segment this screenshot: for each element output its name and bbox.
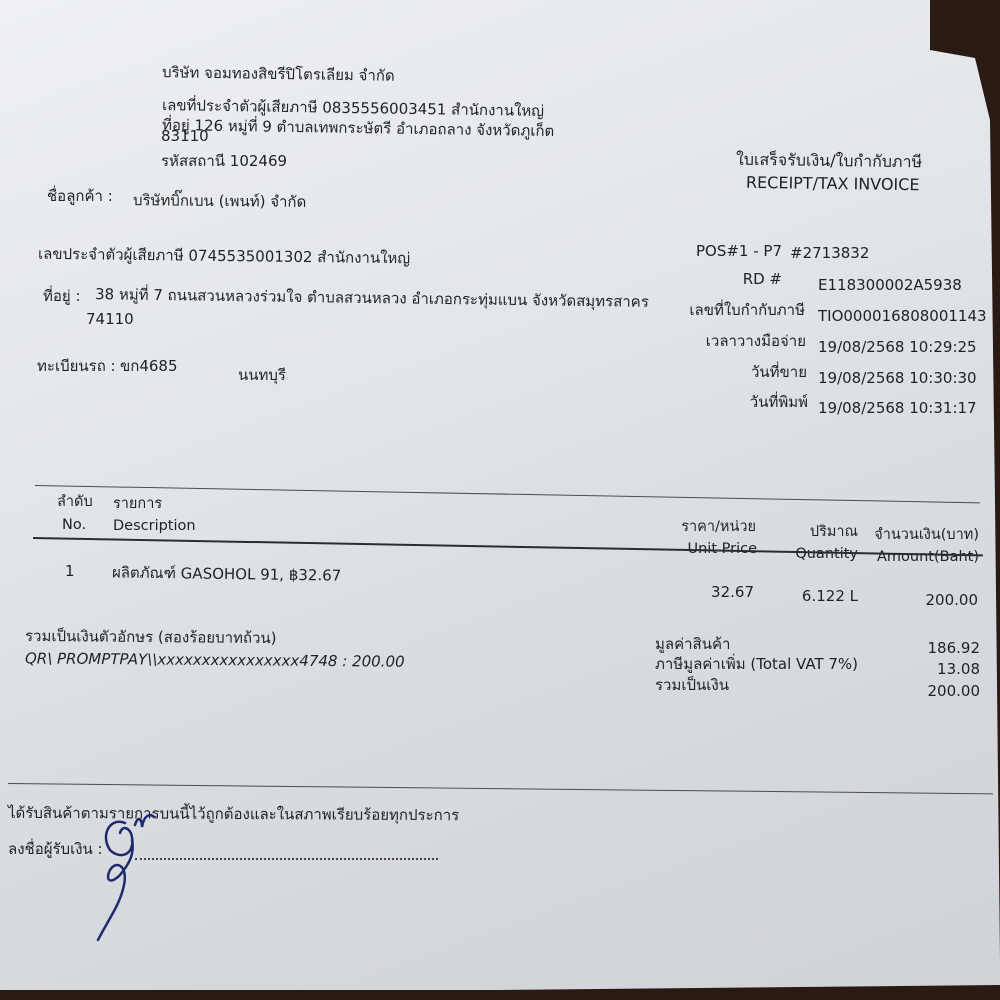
row-amount: 200.00 — [878, 592, 978, 609]
customer-postcode: 74110 — [86, 311, 134, 328]
tax-invoice-label: เลขที่ใบกำกับภาษี — [565, 302, 805, 319]
row-description: ผลิตภัณฑ์ GASOHOL 91, ฿32.67 — [112, 564, 341, 584]
title-english: RECEIPT/TAX INVOICE — [746, 174, 920, 194]
tax-invoice-number: TIO000016808001143 — [818, 308, 987, 325]
vat-label: ภาษีมูลค่าเพิ่ม (Total VAT 7%) — [655, 656, 858, 673]
rd-value: E118300002A5938 — [818, 277, 962, 294]
footer-rule — [8, 783, 993, 794]
customer-name: บริษัทบิ๊กเบน (เพนท์) จำกัด — [133, 192, 306, 210]
row-no: 1 — [65, 563, 75, 580]
header-no-en: No. — [62, 518, 86, 534]
header-no-th: ลำดับ — [57, 495, 93, 511]
print-date-value: 19/08/2568 10:31:17 — [818, 400, 977, 417]
header-desc-th: รายการ — [113, 497, 162, 513]
customer-tax-id: เลขประจำตัวผู้เสียภาษี 0745535001302 สำน… — [38, 246, 410, 267]
acknowledgement-text: ได้รับสินค้าตามรายการบนนี้ไว้ถูกต้องและใ… — [8, 805, 459, 824]
sale-date-label: วันที่ขาย — [567, 364, 807, 381]
payment-method: QR\ PROMPTPAY\\xxxxxxxxxxxxxxxx4748 : 20… — [25, 650, 405, 670]
vat-value: 13.08 — [880, 661, 980, 678]
seller-station-code: รหัสสถานี 102469 — [161, 153, 287, 170]
header-amount-th: จำนวนเงิน(บาท) — [839, 528, 979, 544]
seller-address: ที่อยู่ 126 หมู่ที่ 9 ตำบลเทพกระษัตรี อำ… — [162, 117, 554, 140]
plate-province: นนทบุรี — [238, 367, 286, 384]
rd-label: RD # — [582, 271, 782, 288]
pos-label: POS#1 - P7 — [582, 243, 782, 260]
plate-label: ทะเบียนรถ : — [37, 358, 116, 375]
table-top-rule — [35, 485, 980, 503]
pos-number: #2713832 — [790, 245, 869, 262]
plate-number: ขก4685 — [120, 358, 178, 375]
total-label: รวมเป็นเงิน — [655, 677, 729, 694]
row-unit-price: 32.67 — [654, 584, 754, 601]
amount-in-words: รวมเป็นเงินตัวอักษร (สองร้อยบาทถ้วน) — [25, 628, 277, 647]
customer-address-label: ที่อยู่ : — [43, 288, 81, 305]
sale-date-value: 19/08/2568 10:30:30 — [818, 370, 977, 387]
customer-name-label: ชื่อลูกค้า : — [47, 188, 113, 205]
subtotal-label: มูลค่าสินค้า — [655, 636, 730, 653]
seller-name: บริษัท จอมทองสิขรีปิโตรเลียม จำกัด — [162, 64, 395, 84]
title-thai: ใบเสร็จรับเงิน/ใบกำกับภาษี — [736, 151, 922, 171]
row-quantity: 6.122 L — [758, 588, 858, 605]
tap-time-value: 19/08/2568 10:29:25 — [818, 339, 977, 356]
header-price-th: ราคา/หน่วย — [636, 520, 756, 536]
tap-time-label: เวลาวางมือจ่าย — [566, 333, 806, 350]
receipt-paper: บริษัท จอมทองสิขรีปิโตรเลียม จำกัด เลขที… — [0, 0, 1000, 990]
print-date-label: วันที่พิมพ์ — [568, 394, 808, 411]
total-value: 200.00 — [880, 683, 980, 700]
seller-postcode: 83110 — [161, 128, 209, 145]
subtotal-value: 186.92 — [880, 640, 980, 657]
signature-mark — [80, 805, 200, 945]
header-desc-en: Description — [113, 519, 196, 535]
